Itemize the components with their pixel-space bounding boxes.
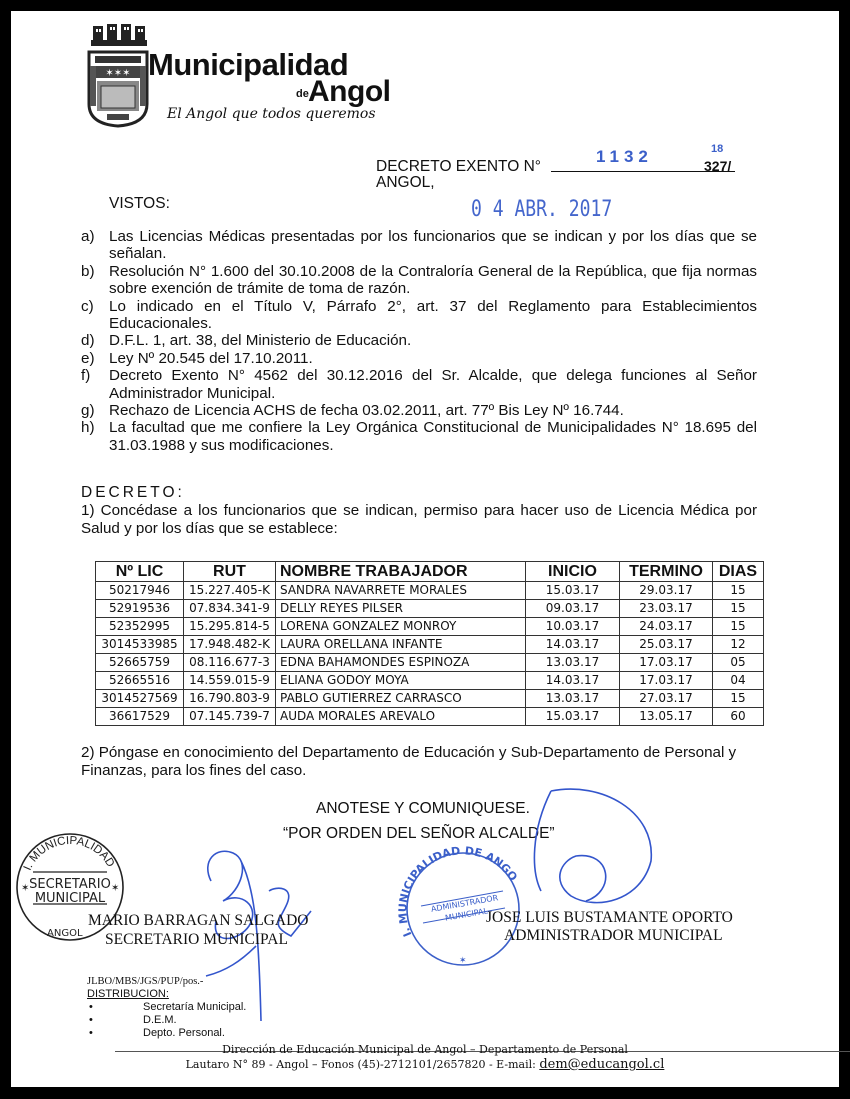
distribution-item: •Secretaría Municipal. [87,1001,246,1014]
decree-stamped-small: 18 [711,143,723,155]
table-row: 5021794615.227.405-KSANDRA NAVARRETE MOR… [96,582,764,600]
vistos-list: a)Las Licencias Médicas presentadas por … [81,228,757,454]
footer-line-1: Dirección de Educación Municipal de Ango… [11,1043,839,1056]
cell-dias: 15 [713,582,764,600]
cell-dias: 04 [713,672,764,690]
cell-dias: 12 [713,636,764,654]
table-row: 5266575908.116.677-3EDNA BAHAMONDES ESPI… [96,654,764,672]
closing-orden: “POR ORDEN DEL SEÑOR ALCALDE” [283,825,555,843]
cell-nlic: 52665759 [96,654,184,672]
signature-right-icon [534,789,651,903]
col-header-nombre: NOMBRE TRABAJADOR [276,562,526,582]
col-header-rut: RUT [184,562,276,582]
col-header-dias: DIAS [713,562,764,582]
vistos-item: c)Lo indicado en el Título V, Párrafo 2°… [81,298,757,333]
svg-text:✶: ✶ [459,955,467,965]
footer-line-2: Lautaro N° 89 - Angol – Fonos (45)-27121… [11,1057,839,1072]
distribution-item: •Depto. Personal. [87,1027,246,1040]
table-row: 5235299515.295.814-5LORENA GONZALEZ MONR… [96,618,764,636]
signatory-right-title: ADMINISTRADOR MUNICIPAL [504,927,723,945]
cell-termino: 13.05.17 [620,708,713,726]
vistos-item: d)D.F.L. 1, art. 38, del Ministerio de E… [81,332,757,349]
stamp-left-middle1: SECRETARIO [29,877,111,892]
svg-text:✶✶✶: ✶✶✶ [105,68,130,79]
closing-anotese: ANOTESE Y COMUNIQUESE. [316,800,530,818]
cell-rut: 08.116.677-3 [184,654,276,672]
cell-rut: 17.948.482-K [184,636,276,654]
date-stamp: 0 4 ABR. 2017 [471,197,612,222]
vistos-heading: VISTOS: [109,195,170,213]
cell-dias: 15 [713,600,764,618]
cell-rut: 15.227.405-K [184,582,276,600]
stamp-left-bottom: ANGOL [47,928,83,939]
decree-stamped-number: 1132 [596,147,653,167]
decree-city: ANGOL, [376,174,435,192]
cell-nlic: 3014527569 [96,690,184,708]
cell-inicio: 10.03.17 [526,618,620,636]
cell-nlic: 52352995 [96,618,184,636]
decreto-heading: DECRETO: [81,484,185,502]
cell-nlic: 3014533985 [96,636,184,654]
cell-termino: 27.03.17 [620,690,713,708]
cell-dias: 60 [713,708,764,726]
cell-nombre: LAURA ORELLANA INFANTE [276,636,526,654]
cell-nombre: DELLY REYES PILSER [276,600,526,618]
cell-rut: 16.790.803-9 [184,690,276,708]
vistos-item: h)La facultad que me confiere la Ley Org… [81,419,757,454]
cell-termino: 24.03.17 [620,618,713,636]
vistos-item: a)Las Licencias Médicas presentadas por … [81,228,757,263]
logo-tagline: El Angol que todos queremos [167,106,376,122]
cell-inicio: 15.03.17 [526,708,620,726]
cell-nombre: ELIANA GODOY MOYA [276,672,526,690]
cell-nlic: 52919536 [96,600,184,618]
signatory-left-name: MARIO BARRAGAN SALGADO [88,912,308,930]
svg-text:✶: ✶ [21,883,29,894]
cell-termino: 17.03.17 [620,654,713,672]
cell-nombre: LORENA GONZALEZ MONROY [276,618,526,636]
cell-termino: 25.03.17 [620,636,713,654]
cell-nombre: EDNA BAHAMONDES ESPINOZA [276,654,526,672]
stamp-left-middle2: MUNICIPAL [35,891,106,906]
col-header-nlic: Nº LIC [96,562,184,582]
logo-angol: Angol [308,75,390,109]
distribution-item: •D.E.M. [87,1014,246,1027]
cell-rut: 07.145.739-7 [184,708,276,726]
table-header-row: Nº LIC RUT NOMBRE TRABAJADOR INICIO TERM… [96,562,764,582]
decreto-item-1: 1) Concédase a los funcionarios que se i… [81,502,757,538]
decree-suffix: 327/ [704,158,731,174]
vistos-item: f)Decreto Exento N° 4562 del 30.12.2016 … [81,367,757,402]
table-row: 5266551614.559.015-9ELIANA GODOY MOYA14.… [96,672,764,690]
cell-nombre: AUDA MORALES AREVALO [276,708,526,726]
decreto-item-2: 2) Póngase en conocimiento del Departame… [81,744,757,780]
cell-inicio: 09.03.17 [526,600,620,618]
cell-termino: 23.03.17 [620,600,713,618]
vistos-item: e)Ley Nº 20.545 del 17.10.2011. [81,350,757,367]
footer-email-link[interactable]: dem@educangol.cl [539,1057,664,1072]
stamp-right-middle2: MUNICIPAL [444,906,489,922]
vistos-item: g)Rechazo de Licencia ACHS de fecha 03.0… [81,402,757,419]
licenses-table: Nº LIC RUT NOMBRE TRABAJADOR INICIO TERM… [95,561,764,726]
vistos-item: b)Resolución N° 1.600 del 30.10.2008 de … [81,263,757,298]
cell-rut: 14.559.015-9 [184,672,276,690]
distribution-list: •Secretaría Municipal. •D.E.M. •Depto. P… [87,1001,246,1040]
cell-nombre: SANDRA NAVARRETE MORALES [276,582,526,600]
cell-termino: 17.03.17 [620,672,713,690]
cell-rut: 15.295.814-5 [184,618,276,636]
cell-nlic: 36617529 [96,708,184,726]
cell-rut: 07.834.341-9 [184,600,276,618]
logo-de: de [296,88,309,100]
signatory-left-title: SECRETARIO MUNICIPAL [105,931,288,949]
cell-dias: 05 [713,654,764,672]
cell-inicio: 15.03.17 [526,582,620,600]
col-header-termino: TERMINO [620,562,713,582]
initials: JLBO/MBS/JGS/PUP/pos.- [87,976,203,987]
cell-termino: 29.03.17 [620,582,713,600]
cell-inicio: 13.03.17 [526,654,620,672]
document-page: ✶✶✶ Municipalidad de Angol El Angol que … [11,11,839,1087]
svg-text:I. MUNICIPALIDAD: I. MUNICIPALIDAD [22,835,117,872]
cell-inicio: 14.03.17 [526,672,620,690]
cell-dias: 15 [713,690,764,708]
cell-nlic: 50217946 [96,582,184,600]
table-row: 3661752907.145.739-7AUDA MORALES AREVALO… [96,708,764,726]
signatory-right-name: JOSE LUIS BUSTAMANTE OPORTO [486,909,733,927]
cell-nlic: 52665516 [96,672,184,690]
table-row: 301453398517.948.482-KLAURA ORELLANA INF… [96,636,764,654]
distribution-heading: DISTRIBUCION: [87,988,169,1000]
cell-inicio: 14.03.17 [526,636,620,654]
col-header-inicio: INICIO [526,562,620,582]
cell-inicio: 13.03.17 [526,690,620,708]
svg-text:✶: ✶ [111,883,119,894]
stamp-left-ring: I. MUNICIPALIDAD [22,835,117,872]
table-row: 301452756916.790.803-9PABLO GUTIERREZ CA… [96,690,764,708]
cell-dias: 15 [713,618,764,636]
municipal-crest-icon: ✶✶✶ [85,24,151,128]
cell-nombre: PABLO GUTIERREZ CARRASCO [276,690,526,708]
table-row: 5291953607.834.341-9DELLY REYES PILSER09… [96,600,764,618]
